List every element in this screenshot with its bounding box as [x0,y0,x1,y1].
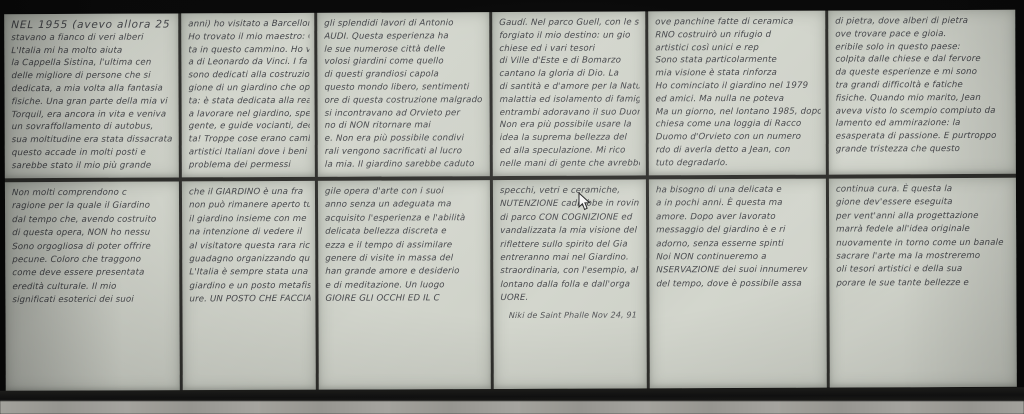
handwritten-line: rali vengono sacrificati al lucro [324,145,485,158]
handwritten-line: lontano dalla folla e dall'orga [500,278,641,292]
handwritten-line: NUTENZIONE cadrebbe in rovin [500,198,641,212]
handwritten-tile: Non molti comprendono cragione per la qu… [5,181,180,391]
handwritten-line: marrà fedele all'idea originale [836,223,1012,237]
photo-of-handwritten-tile-wall: NEL 1955 (avevo allora 25stavano a fianc… [0,0,1024,414]
handwritten-line: a di Leonardo da Vinci. I fa [188,56,309,69]
tile-wall: NEL 1955 (avevo allora 25stavano a fianc… [4,10,1017,391]
handwritten-line: di Ville d'Este e di Bomarzo [499,55,640,68]
handwritten-line: ore di questa costruzione malgrado [324,94,485,107]
handwritten-line: messaggio del giardino è e ri [655,224,821,238]
handwritten-line: NSERVAZIONE dei suoi innumerev [656,264,822,278]
handwritten-line: na intenzione di vedere il [189,226,310,240]
handwritten-line: di questi grandiosi capola [324,68,485,81]
handwritten-line: continua cura. È questa la [836,183,1012,197]
handwritten-line: ta! Troppe cose erano cambia [189,133,310,146]
handwritten-line: Non molti comprendono c [12,186,175,200]
handwritten-line: questo accade in molti posti e [12,146,175,160]
handwritten-line: mia visione è stata rinforza [655,67,821,81]
handwritten-line: pecune. Coloro che traggono [12,253,175,267]
handwritten-tile: gli splendidi lavori di AntonioAUDI. Que… [317,12,490,177]
mouse-cursor-icon [578,192,591,211]
handwritten-line: NEL 1955 (avevo allora 25 [11,18,174,32]
handwritten-line: si incontravano ad Orvieto per [324,107,485,120]
handwritten-line: dedicata, a mia volta alla fantasia [11,82,174,96]
handwritten-line: Non era più possibile usare la [500,119,641,132]
handwritten-line: gli splendidi lavori di Antonio [324,17,485,30]
handwritten-tile: anni) ho visitato a BarcellonaHo trovato… [181,13,314,178]
handwritten-line: Sono orgogliosa di poter offrire [12,240,175,254]
handwritten-line: riflettere sullo spirito del Gia [500,238,641,252]
handwritten-line: amore. Dopo aver lavorato [655,210,821,224]
handwritten-line: delle migliore di persone che si [11,70,174,84]
handwritten-line: sua moltitudine era stata dissacrata [12,134,175,148]
handwritten-line: ove panchine fatte di ceramica [655,16,821,30]
handwritten-line: ta: è stata dedicata alla realizza [189,95,310,108]
handwritten-line: GIOIRE GLI OCCHI ED IL C [325,292,486,306]
handwritten-tile: di pietra, dove alberi di pietraove trov… [828,10,1016,175]
handwritten-line: di pietra, dove alberi di pietra [835,15,1011,29]
handwritten-line: significati esoterici dei suoi [12,294,175,308]
handwritten-line: non può rimanere aperto tut [189,199,310,213]
handwritten-line: specchi, vetri e ceramiche, [500,184,641,198]
handwritten-line: RNO costruirò un rifugio d [655,28,821,42]
handwritten-tile: continua cura. È questa lagione dev'esse… [829,178,1017,388]
floor-strip [0,401,1024,414]
handwritten-line: porare le sue tante bellezze e [836,277,1012,291]
handwritten-line: di parco CON COGNIZIONE ed [500,211,641,225]
handwritten-line: Ho cominciato il giardino nel 1979 [655,80,821,94]
handwritten-line: eredità culturale. Il mio [12,280,175,294]
handwritten-line: han grande amore e desiderio [325,266,486,280]
handwritten-line: ed alla speculazione. Mi rico [500,144,641,157]
handwritten-line: e di meditazione. Un luogo [325,279,486,293]
handwritten-line: a lavorare nel giardino, spesso [189,107,310,120]
handwritten-line: L'Italia è sempre stata una [189,266,310,280]
handwritten-line: al visitatore questa rara ricch [189,239,310,253]
handwritten-line: ove trovare pace e gioia. [835,28,1011,42]
handwritten-line: ezza e il tempo di assimilare [325,239,486,253]
handwritten-line: un sovraffollamento di autobus, [11,121,174,135]
handwritten-line: gile opera d'arte con i suoi [325,185,486,199]
handwritten-line: chiesa come una loggia di Racco [655,118,821,132]
handwritten-line: lamento ed ammirazione: la [835,117,1011,131]
handwritten-line: adorno, senza esserne spinti [655,237,821,251]
handwritten-line: sono dedicati alla costruzione [189,69,310,82]
handwritten-line: colpita dalle chiese e dal fervore [835,53,1011,67]
handwritten-line: di santità e d'amore per la Natura [499,80,640,93]
handwritten-line: dal tempo che, avendo costruito [12,213,175,227]
handwritten-line: Noi NON continueremo a [656,251,822,265]
handwritten-line: del tempo, dove è possibile assa [656,277,822,291]
handwritten-line: grande tristezza che questo [835,143,1011,157]
handwritten-tile: Gaudí. Nel parco Guell, con le sforgiato… [492,11,645,176]
handwritten-line: nuovamente in torno come un banale [836,236,1012,250]
handwritten-line: le sue numerose città delle [324,43,485,56]
handwritten-line: la mia. Il giardino sarebbe caduto [324,158,485,171]
handwritten-line: Torquil, era ancora in vita e veniva [11,108,174,122]
handwritten-line: gente, e guide vocianti, deciden [189,120,310,133]
handwritten-line: a in pochi anni. È questa ma [655,197,821,211]
handwritten-line: Duomo d'Orvieto con un numero [655,131,821,145]
handwritten-line: guadagno organizzando questa [189,253,310,267]
handwritten-line: il giardino insieme con me [189,213,310,227]
handwritten-line: ta in questo cammino. Ho visita [188,43,309,56]
handwritten-line: fisiche. Una gran parte della mia vi [11,95,174,109]
handwritten-line: Gaudí. Nel parco Guell, con le s [499,16,640,29]
handwritten-line: questo mondo libero, sentimenti [324,81,485,94]
handwritten-line: ragione per la quale il Giardino [12,200,175,214]
handwritten-line: la Cappella Sistina, l'ultima cen [11,57,174,71]
handwritten-line: artistici Italiani dove i beni cultu [189,146,310,159]
handwritten-line: cantano la gloria di Dio. La [499,68,640,81]
handwritten-line: di questa opera, NON ho nessu [12,227,175,241]
handwritten-line: genere di visite in massa del [325,252,486,266]
handwritten-line: e. Non era più possibile condivi [324,132,485,145]
tile-row: Non molti comprendono cragione per la qu… [5,178,1017,391]
handwritten-line: forgiato il mio destino: un gio [499,29,640,42]
handwritten-line: delicata bellezza discreta e [325,225,486,239]
handwritten-line: straordinaria, con l'esempio, al co [500,265,641,279]
handwritten-line: acquisito l'esperienza e l'abilità [325,212,486,226]
handwritten-line: UORE. [500,292,641,306]
handwritten-tile: ha bisogno di una delicata ea in pochi a… [648,179,826,389]
handwritten-line: Sono stata particolarmente [655,54,821,68]
handwritten-line: fisiche. Quando mio marito, Jean [835,92,1011,106]
handwritten-line: sarebbe stato il mio più grande [12,159,175,173]
handwritten-line: giardino e un posto metafisico [189,280,310,294]
handwritten-line: da queste esperienze e mi sono [835,66,1011,80]
handwritten-line: ed amici. Ma nulla ne poteva [655,92,821,106]
handwritten-line: esasperata di passione. E purtroppo [835,130,1011,144]
handwritten-line: gione di un giardino che opera [189,82,310,95]
handwritten-tile: che il GIARDINO è una franon può rimaner… [182,181,315,391]
handwritten-line: problema dei permessi [189,159,310,172]
handwritten-line: no di NON ritornare mai [324,119,485,132]
handwritten-line: artistici così unici e rep [655,41,821,55]
handwritten-tile: NEL 1955 (avevo allora 25stavano a fianc… [4,13,179,178]
handwritten-line: rdo di averla detto a Jean, con [655,144,821,158]
handwritten-line: ha bisogno di una delicata e [655,184,821,198]
artist-signature: Niki de Saint Phalle Nov 24, 91 [500,308,641,322]
handwritten-tile: ove panchine fatte di ceramicaRNO costru… [648,11,826,176]
handwritten-line: vandalizzata la mia visione del [500,225,641,239]
handwritten-line: stavano a fianco di veri alberi [11,31,174,45]
tile-row: NEL 1955 (avevo allora 25stavano a fianc… [4,10,1016,178]
handwritten-line: chiese ed i vari tesori [499,42,640,55]
handwritten-line: L'Italia mi ha molto aiuta [11,44,174,58]
handwritten-line: idea la suprema bellezza del [500,132,641,145]
handwritten-line: entrambi adoravano il suo Duomo. [500,106,641,119]
handwritten-line: ure. UN POSTO CHE FACCIA [190,293,311,307]
handwritten-line: tra grandi difficoltà e fatiche [835,79,1011,93]
handwritten-line: oli tesori artistici e della sua [836,263,1012,277]
handwritten-line: gione dev'essere eseguita [836,196,1012,210]
handwritten-line: sacrare l'arte ma la mostreremo [836,250,1012,264]
handwritten-line: Ma un giorno, nel lontano 1985, dopo [655,105,821,119]
handwritten-line: AUDI. Questa esperienza ha [324,30,485,43]
handwritten-line: Ho trovato il mio maestro: G [188,31,309,44]
handwritten-line: per vent'anni alla progettazione [836,210,1012,224]
handwritten-line: entreranno mai nel Giardino. [500,251,641,265]
handwritten-line: che il GIARDINO è una fra [189,186,310,200]
handwritten-line: aveva visto lo scempio compiuto da [835,104,1011,118]
handwritten-tile: specchi, vetri e ceramiche,NUTENZIONE ca… [493,179,646,389]
handwritten-line: volosi giardini come quello [324,56,485,69]
handwritten-line: malattia ed isolamento di famiglia [499,93,640,106]
handwritten-line: anno senza un adeguata ma [325,199,486,213]
handwritten-line: come deve essere presentata [12,267,175,281]
handwritten-line: anni) ho visitato a Barcellona [188,18,309,31]
handwritten-line: tuto degradarlo. [655,156,821,170]
handwritten-line: nelle mani di gente che avrebbe po [500,157,641,170]
handwritten-tile: gile opera d'arte con i suoianno senza u… [318,180,491,390]
